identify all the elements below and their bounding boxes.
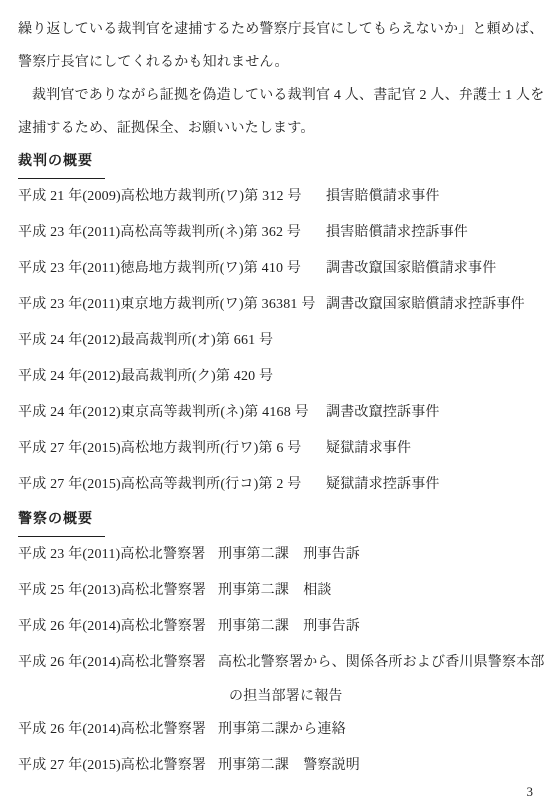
case-title: 調書改竄控訴事件 (326, 395, 440, 431)
police-detail: 刑事第二課 相談 (218, 573, 332, 609)
case-number: 平成 23 年(2011)高松高等裁判所(ネ)第 362 号 (18, 215, 326, 251)
police-detail-continuation: の担当部署に報告 (218, 681, 545, 712)
case-number: 平成 27 年(2015)高松高等裁判所(行コ)第 2 号 (18, 467, 326, 503)
police-row: 平成 26 年(2014)高松北警察署 刑事第二課 刑事告訴 (18, 609, 528, 645)
document-page: 繰り返している裁判官を逮捕するため警察庁長官にしてもらえないか」と頼めば、 警察… (0, 0, 546, 808)
police-office: 平成 27 年(2015)高松北警察署 (18, 748, 218, 784)
paragraph2-line2: 逮捕するため、証拠保全、お願いいたします。 (18, 112, 528, 145)
case-number: 平成 27 年(2015)高松地方裁判所(行ワ)第 6 号 (18, 431, 326, 467)
police-office: 平成 26 年(2014)高松北警察署 (18, 645, 218, 712)
court-case-row: 平成 23 年(2011)徳島地方裁判所(ワ)第 410 号 調書改竄国家賠償請… (18, 251, 528, 287)
case-number: 平成 23 年(2011)徳島地方裁判所(ワ)第 410 号 (18, 251, 326, 287)
case-title: 損害賠償請求事件 (326, 179, 440, 215)
section-heading-trials: 裁判の概要 (18, 147, 528, 179)
case-title: 疑獄請求事件 (326, 431, 411, 467)
case-title: 損害賠償請求控訴事件 (326, 215, 468, 251)
court-case-row: 平成 23 年(2011)東京地方裁判所(ワ)第 36381 号 調書改竄国家賠… (18, 287, 528, 323)
case-title: 疑獄請求控訴事件 (326, 467, 440, 503)
court-case-row: 平成 24 年(2012)最高裁判所(ク)第 420 号 (18, 359, 528, 395)
court-case-row: 平成 27 年(2015)高松地方裁判所(行ワ)第 6 号 疑獄請求事件 (18, 431, 528, 467)
paragraph1-line2: 警察庁長官にしてくれるかも知れません。 (18, 46, 528, 79)
police-row: 平成 27 年(2015)高松北警察署 刑事第二課 警察説明 (18, 748, 528, 784)
police-detail-block: 高松北警察署から、関係各所および香川県警察本部 の担当部署に報告 (218, 645, 545, 712)
case-number: 平成 24 年(2012)東京高等裁判所(ネ)第 4168 号 (18, 395, 326, 431)
court-case-row: 平成 24 年(2012)最高裁判所(オ)第 661 号 (18, 323, 528, 359)
police-office: 平成 26 年(2014)高松北警察署 (18, 712, 218, 748)
page-number: 3 (527, 785, 534, 799)
police-detail: 高松北警察署から、関係各所および香川県警察本部 (218, 645, 545, 681)
paragraph1-line1: 繰り返している裁判官を逮捕するため警察庁長官にしてもらえないか」と頼めば、 (18, 13, 528, 46)
case-title: 調書改竄国家賠償請求控訴事件 (326, 287, 525, 323)
police-office: 平成 25 年(2013)高松北警察署 (18, 573, 218, 609)
paragraph2-line1: 裁判官でありながら証拠を偽造している裁判官 4 人、書記官 2 人、弁護士 1 … (18, 79, 528, 112)
court-case-row: 平成 21 年(2009)高松地方裁判所(ワ)第 312 号 損害賠償請求事件 (18, 179, 528, 215)
section-heading-police-label: 警察の概要 (18, 505, 105, 537)
case-number: 平成 23 年(2011)東京地方裁判所(ワ)第 36381 号 (18, 287, 326, 323)
police-office: 平成 26 年(2014)高松北警察署 (18, 609, 218, 645)
case-title: 調書改竄国家賠償請求事件 (326, 251, 496, 287)
police-detail: 刑事第二課 刑事告訴 (218, 609, 360, 645)
court-case-row: 平成 23 年(2011)高松高等裁判所(ネ)第 362 号 損害賠償請求控訴事… (18, 215, 528, 251)
section-heading-trials-label: 裁判の概要 (18, 147, 105, 179)
section-heading-police: 警察の概要 (18, 505, 528, 537)
court-case-row: 平成 24 年(2012)東京高等裁判所(ネ)第 4168 号 調書改竄控訴事件 (18, 395, 528, 431)
case-number: 平成 24 年(2012)最高裁判所(オ)第 661 号 (18, 323, 326, 359)
case-number: 平成 21 年(2009)高松地方裁判所(ワ)第 312 号 (18, 179, 326, 215)
case-number: 平成 24 年(2012)最高裁判所(ク)第 420 号 (18, 359, 326, 395)
police-detail: 刑事第二課から連絡 (218, 712, 346, 748)
police-row: 平成 26 年(2014)高松北警察署 高松北警察署から、関係各所および香川県警… (18, 645, 528, 712)
police-detail: 刑事第二課 警察説明 (218, 748, 360, 784)
police-row: 平成 23 年(2011)高松北警察署 刑事第二課 刑事告訴 (18, 537, 528, 573)
court-case-row: 平成 27 年(2015)高松高等裁判所(行コ)第 2 号 疑獄請求控訴事件 (18, 467, 528, 503)
police-detail: 刑事第二課 刑事告訴 (218, 537, 360, 573)
police-row: 平成 26 年(2014)高松北警察署 刑事第二課から連絡 (18, 712, 528, 748)
police-office: 平成 23 年(2011)高松北警察署 (18, 537, 218, 573)
police-row: 平成 25 年(2013)高松北警察署 刑事第二課 相談 (18, 573, 528, 609)
